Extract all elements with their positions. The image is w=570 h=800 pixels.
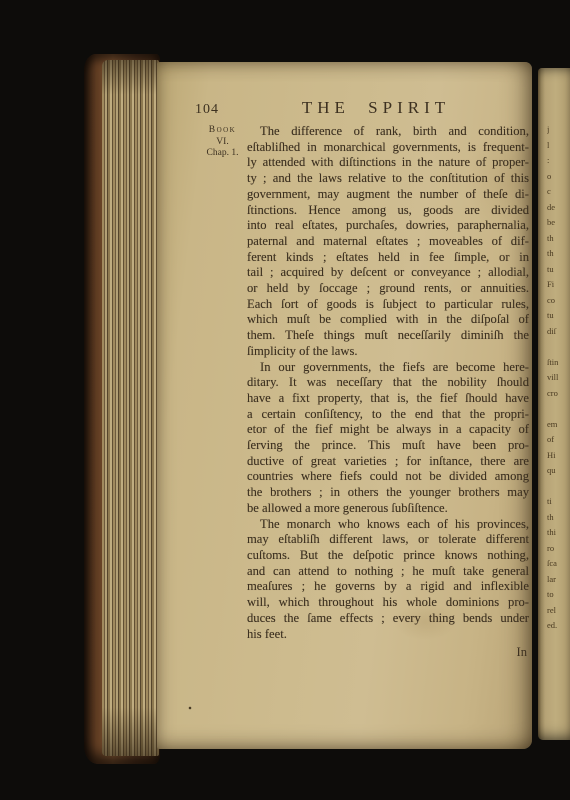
- text-line: will, which throughout his whole dominio…: [247, 595, 529, 611]
- next-page-text-fragment: o: [547, 169, 570, 185]
- page-number: 104: [195, 102, 219, 118]
- text-line: his feet.: [247, 627, 529, 643]
- next-page-text-fragment: rel: [547, 603, 570, 619]
- text-line: the brothers ; in others the younger bro…: [247, 485, 529, 501]
- next-page-text-fragment: of: [547, 432, 570, 448]
- next-page-text-fragment: ſca: [547, 556, 570, 572]
- next-page-text-fragment: lar: [547, 572, 570, 588]
- page-edge-stack: [102, 60, 159, 756]
- text-line: cuſtoms. But the deſpotic prince knows n…: [247, 548, 529, 564]
- next-page-text-fragment: [547, 401, 570, 417]
- next-page-text-fragment: qu: [547, 463, 570, 479]
- next-page-text-fragment: tu: [547, 308, 570, 324]
- text-line: eſtabliſhed in monarchical governments, …: [247, 140, 529, 156]
- text-line: into real eſtates, purchaſes, dowries, p…: [247, 218, 529, 234]
- next-page-edge: jl:ocdebeththtuFicotudiſſtinvillcroemofH…: [538, 68, 570, 740]
- text-line: have a fixt property, that is, the fief …: [247, 391, 529, 407]
- page-header: 104 THE SPIRIT: [247, 98, 529, 124]
- running-title: THE SPIRIT: [235, 98, 517, 118]
- next-page-text-fragment: :: [547, 153, 570, 169]
- next-page-text-fragment: [547, 479, 570, 495]
- next-page-text-fragment: ro: [547, 541, 570, 557]
- text-line: paternal and maternal eſtates ; moveable…: [247, 234, 529, 250]
- next-page-text-fragment: ſtin: [547, 355, 570, 371]
- next-page-text-fragment: co: [547, 293, 570, 309]
- text-line: The difference of rank, birth and condit…: [247, 124, 529, 140]
- body-text: The difference of rank, birth and condit…: [247, 124, 529, 642]
- text-line: or held by ſoccage ; ground rents, or an…: [247, 281, 529, 297]
- text-line: ditary. It was neceſſary that the nobili…: [247, 375, 529, 391]
- text-line: meaſures ; he governs by a rigid and inf…: [247, 579, 529, 595]
- margin-note-book: Book: [199, 125, 246, 137]
- text-line: may eſtabliſh different laws, or tolerat…: [247, 532, 529, 548]
- text-line: In our governments, the fiefs are become…: [247, 360, 529, 376]
- next-page-text-fragment: th: [547, 246, 570, 262]
- text-line: Each ſort of goods is ſubject to particu…: [247, 297, 529, 313]
- photo-background: 104 THE SPIRIT Book VI. Chap. 1. The dif…: [0, 0, 570, 800]
- next-page-text-fragment: diſ: [547, 324, 570, 340]
- next-page-text-fragment: [547, 339, 570, 355]
- text-line: The monarch who knows each of his provin…: [247, 517, 529, 533]
- next-page-text-fragment: th: [547, 510, 570, 526]
- text-line: ductive of great varieties ; for inſtanc…: [247, 454, 529, 470]
- next-page-text-fragment: tu: [547, 262, 570, 278]
- next-page-text-fragment: ed.: [547, 618, 570, 634]
- text-line: etor of the fief might be always in a ca…: [247, 422, 529, 438]
- next-page-text-fragment: Hi: [547, 448, 570, 464]
- text-line: ferent kinds ; eſtates held in fee ſimpl…: [247, 250, 529, 266]
- text-line: ſtinctions. Hence among us, goods are di…: [247, 203, 529, 219]
- text-line: be allowed a more generous ſubſiſtence.: [247, 501, 529, 517]
- margin-note: Book VI. Chap. 1.: [199, 125, 246, 160]
- text-line: tail ; acquired by deſcent or conveyance…: [247, 265, 529, 281]
- next-page-text-fragment: em: [547, 417, 570, 433]
- next-page-text-fragment: j: [547, 122, 570, 138]
- text-line: countries where fiefs could not be divid…: [247, 469, 529, 485]
- next-page-text-fragment: Fi: [547, 277, 570, 293]
- next-page-text-fragment: ti: [547, 494, 570, 510]
- next-page-text-fragment: to: [547, 587, 570, 603]
- next-page-text-fragment: de: [547, 200, 570, 216]
- text-line: government, may augment the number of th…: [247, 187, 529, 203]
- margin-note-book-number: VI.: [199, 137, 246, 149]
- margin-note-chapter: Chap. 1.: [199, 148, 246, 160]
- text-line: them. Theſe things muſt neceſſarily dimi…: [247, 328, 529, 344]
- text-line: which muſt be complied with in the diſpo…: [247, 312, 529, 328]
- book-page: 104 THE SPIRIT Book VI. Chap. 1. The dif…: [157, 62, 532, 749]
- next-page-text-fragment: thi: [547, 525, 570, 541]
- next-page-text-fragment: c: [547, 184, 570, 200]
- next-page-text-fragment: l: [547, 138, 570, 154]
- text-line: and can attend to nothing ; he muſt take…: [247, 564, 529, 580]
- next-page-text-fragment: vill: [547, 370, 570, 386]
- text-line: ſimplicity of the laws.: [247, 344, 529, 360]
- text-line: ſerving the prince. This muſt have been …: [247, 438, 529, 454]
- text-line: ly attended with diſtinctions in the nat…: [247, 155, 529, 171]
- text-block: 104 THE SPIRIT Book VI. Chap. 1. The dif…: [247, 98, 529, 660]
- catchword: In: [247, 645, 529, 660]
- next-page-text-fragments: jl:ocdebeththtuFicotudiſſtinvillcroemofH…: [538, 68, 570, 634]
- text-line: duces the ſame effects ; every thing ben…: [247, 611, 529, 627]
- next-page-text-fragment: cro: [547, 386, 570, 402]
- text-line: a certain conſiſtency, to the end that t…: [247, 407, 529, 423]
- next-page-text-fragment: be: [547, 215, 570, 231]
- next-page-text-fragment: th: [547, 231, 570, 247]
- text-line: ty ; and the laws relative to the conſti…: [247, 171, 529, 187]
